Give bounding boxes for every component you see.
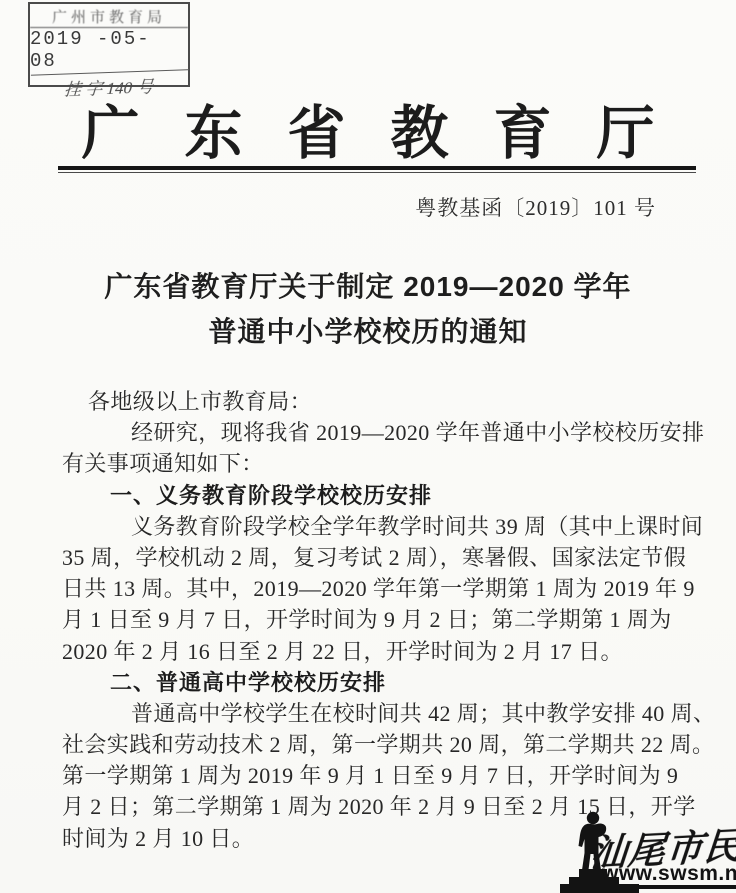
document-title: 广东省教育厅关于制定 2019—2020 学年 普通中小学校校历的通知 bbox=[0, 264, 736, 354]
body-line: 2020 年 2 月 16 日至 2 月 22 日，开学时间为 2 月 17 日… bbox=[62, 636, 688, 667]
document-title-line2: 普通中小学校校历的通知 bbox=[0, 309, 736, 354]
scanned-document-page: 广州市教育局 2019 -05- 08 挂 字 140 号 广东省教育厅 粤教基… bbox=[0, 0, 736, 893]
body-line: 有关事项通知如下： bbox=[62, 448, 688, 479]
stamp-date: 2019 -05- 08 bbox=[30, 28, 188, 72]
document-title-line1: 广东省教育厅关于制定 2019—2020 学年 bbox=[0, 264, 736, 309]
body-line: 经研究，现将我省 2019—2020 学年普通中小学校校历安排 bbox=[62, 417, 688, 448]
watermark-site-url: www.swsm.net bbox=[602, 863, 736, 889]
body-line: 日共 13 周。其中，2019—2020 学年第一学期第 1 周为 2019 年… bbox=[62, 573, 688, 604]
body-text: 各地级以上市教育局：经研究，现将我省 2019—2020 学年普通中小学校校历安… bbox=[62, 386, 688, 854]
letterhead-divider-rule bbox=[58, 166, 696, 173]
body-line: 35 周，学校机动 2 周，复习考试 2 周），寒暑假、国家法定节假 bbox=[62, 542, 688, 573]
body-line: 普通高中学校学生在校时间共 42 周；其中教学安排 40 周、 bbox=[62, 698, 688, 729]
letterhead-org-title: 广东省教育厅 bbox=[0, 86, 736, 170]
site-watermark: 汕尾市民网 www.swsm.net bbox=[556, 798, 736, 893]
document-number: 粤教基函〔2019〕101 号 bbox=[415, 192, 656, 222]
body-line: 社会实践和劳动技术 2 周，第一学期共 20 周，第二学期共 22 周。 bbox=[62, 729, 688, 760]
section-heading: 一、义务教育阶段学校校历安排 bbox=[62, 480, 688, 511]
stamp-org-name: 广州市教育局 bbox=[30, 4, 188, 28]
body-line: 各地级以上市教育局： bbox=[62, 386, 688, 417]
body-line: 义务教育阶段学校全学年教学时间共 39 周（其中上课时间 bbox=[62, 511, 688, 542]
body-line: 月 1 日至 9 月 7 日，开学时间为 9 月 2 日；第二学期第 1 周为 bbox=[62, 604, 688, 635]
section-heading: 二、普通高中学校校历安排 bbox=[62, 667, 688, 698]
body-line: 第一学期第 1 周为 2019 年 9 月 1 日至 9 月 7 日，开学时间为… bbox=[62, 760, 688, 791]
received-stamp: 广州市教育局 2019 -05- 08 挂 字 140 号 bbox=[28, 2, 190, 87]
